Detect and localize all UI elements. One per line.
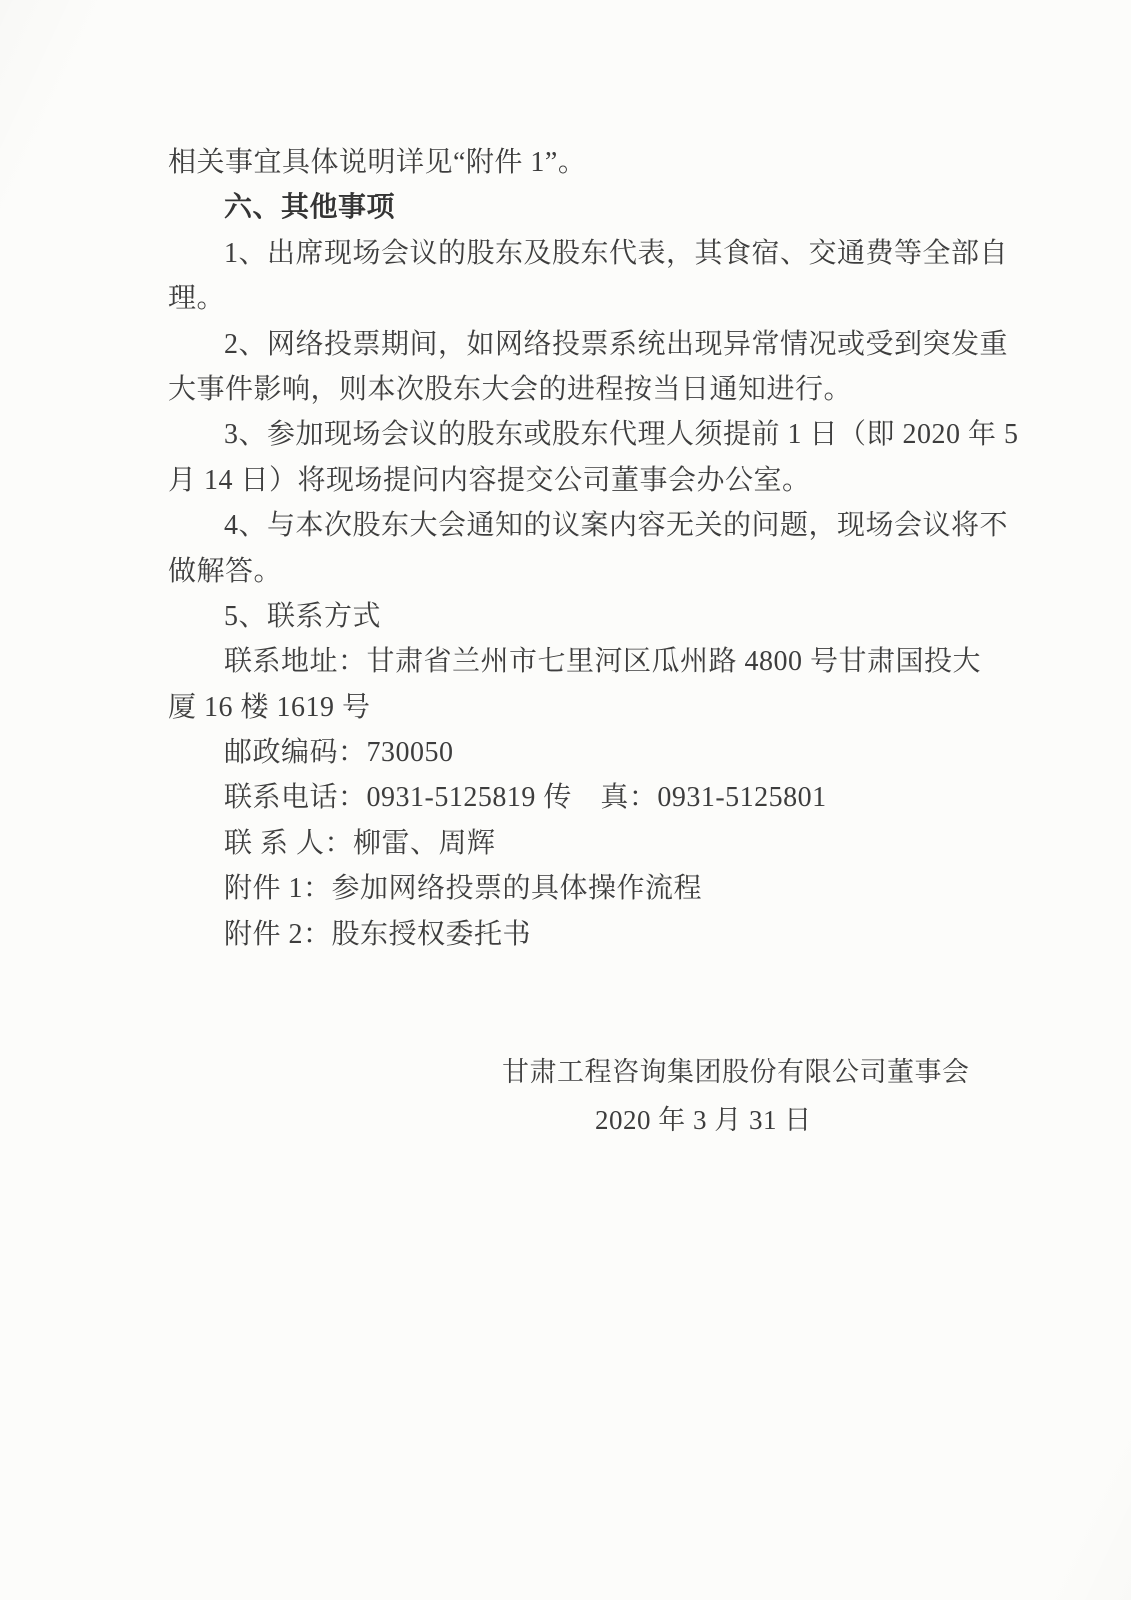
- text-line: 大事件影响，则本次股东大会的进程按当日通知进行。: [168, 367, 968, 412]
- text-line: 1、出席现场会议的股东及股东代表，其食宿、交通费等全部自: [168, 231, 968, 276]
- text-line: 联系电话：0931-5125819 传 真：0931-5125801: [168, 775, 968, 820]
- text-line: 2、网络投票期间，如网络投票系统出现异常情况或受到突发重: [168, 322, 968, 367]
- text-line: 附件 1：参加网络投票的具体操作流程: [168, 866, 968, 911]
- text-line: 联 系 人：柳雷、周辉: [168, 821, 968, 866]
- signature-company: 甘肃工程咨询集团股份有限公司董事会: [502, 1048, 970, 1096]
- text-line: 3、参加现场会议的股东或股东代理人须提前 1 日（即 2020 年 5: [168, 412, 968, 457]
- text-line: 相关事宜具体说明详见“附件 1”。: [168, 140, 968, 185]
- text-line: 月 14 日）将现场提问内容提交公司董事会办公室。: [168, 458, 968, 503]
- text-line: 理。: [168, 276, 968, 321]
- scanned-document-page: 相关事宜具体说明详见“附件 1”。六、其他事项1、出席现场会议的股东及股东代表，…: [0, 0, 1131, 1600]
- document-body: 相关事宜具体说明详见“附件 1”。六、其他事项1、出席现场会议的股东及股东代表，…: [168, 140, 968, 957]
- text-line: 联系地址：甘肃省兰州市七里河区瓜州路 4800 号甘肃国投大: [168, 639, 968, 684]
- signature-block: 甘肃工程咨询集团股份有限公司董事会 2020 年 3 月 31 日: [502, 1048, 970, 1144]
- text-line: 邮政编码：730050: [168, 730, 968, 775]
- text-line: 厦 16 楼 1619 号: [168, 685, 968, 730]
- text-line: 4、与本次股东大会通知的议案内容无关的问题，现场会议将不: [168, 503, 968, 548]
- text-line: 5、联系方式: [168, 594, 968, 639]
- text-line: 附件 2：股东授权委托书: [168, 912, 968, 957]
- text-line: 六、其他事项: [168, 185, 968, 230]
- signature-date: 2020 年 3 月 31 日: [595, 1096, 970, 1144]
- text-line: 做解答。: [168, 549, 968, 594]
